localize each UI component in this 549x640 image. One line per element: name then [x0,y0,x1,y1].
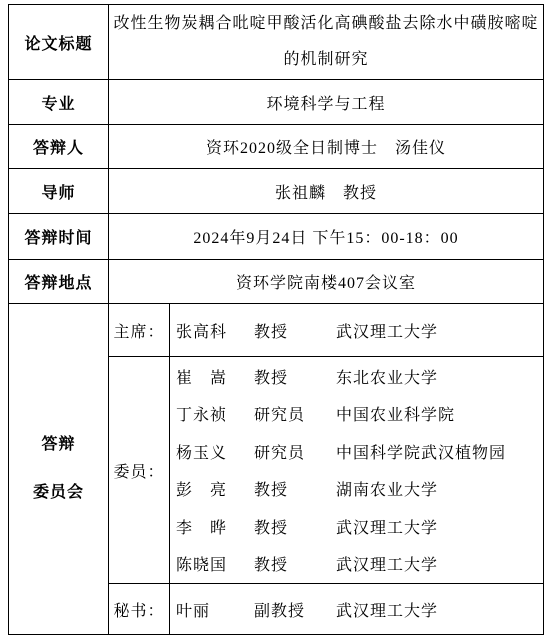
secretary-entry: 叶丽 副教授 武汉理工大学 [176,598,543,621]
defense-info-table: 论文标题 改性生物炭耦合吡啶甲酸活化高碘酸盐去除水中磺胺嘧啶 的机制研究 专业 … [8,4,544,635]
person-org: 武汉理工大学 [336,319,543,342]
person-org: 武汉理工大学 [336,552,543,575]
defender-value: 资环2020级全日制博士 汤佳仪 [109,125,544,169]
person-title: 研究员 [254,440,336,463]
table-row-committee-chair: 答辩 委员会 主席： 张高科 教授 武汉理工大学 [9,304,544,357]
person-org: 湖南农业大学 [336,477,543,500]
chair-cell: 张高科 教授 武汉理工大学 [170,304,544,357]
row-label-thesis-title: 论文标题 [9,5,109,80]
chair-role-label: 主席： [109,304,170,357]
member-entry: 杨玉义 研究员 中国科学院武汉植物园 [176,433,543,471]
person-name: 陈晓国 [176,552,254,575]
member-entry: 彭 亮 教授 湖南农业大学 [176,470,543,508]
person-name: 崔 嵩 [176,365,254,388]
thesis-title-line2: 的机制研究 [109,42,543,78]
member-entry: 李 晔 教授 武汉理工大学 [176,508,543,546]
row-label-defender: 答辩人 [9,125,109,169]
person-org: 武汉理工大学 [336,598,543,621]
document-page: 论文标题 改性生物炭耦合吡啶甲酸活化高碘酸盐去除水中磺胺嘧啶 的机制研究 专业 … [0,4,549,640]
table-row-major: 专业 环境科学与工程 [9,80,544,125]
person-name: 李 晔 [176,515,254,538]
member-entry: 丁永祯 研究员 中国农业科学院 [176,395,543,433]
person-org: 中国科学院武汉植物园 [336,440,543,463]
member-entry: 崔 嵩 教授 东北农业大学 [176,358,543,396]
person-name: 彭 亮 [176,477,254,500]
committee-label-line1: 答辩 [9,421,108,469]
thesis-title-value: 改性生物炭耦合吡啶甲酸活化高碘酸盐去除水中磺胺嘧啶 的机制研究 [109,5,544,80]
thesis-title-line1: 改性生物炭耦合吡啶甲酸活化高碘酸盐去除水中磺胺嘧啶 [109,6,543,42]
secretary-cell: 叶丽 副教授 武汉理工大学 [170,584,544,635]
row-label-advisor: 导师 [9,169,109,214]
table-row-defense-time: 答辩时间 2024年9月24日 下午15：00-18：00 [9,214,544,260]
person-title: 教授 [254,319,336,342]
members-cell: 崔 嵩 教授 东北农业大学 丁永祯 研究员 中国农业科学院 杨玉义 研究员 中国… [170,357,544,584]
person-title: 教授 [254,552,336,575]
table-row-defense-venue: 答辩地点 资环学院南楼407会议室 [9,260,544,304]
person-title: 教授 [254,477,336,500]
row-label-defense-time: 答辩时间 [9,214,109,260]
committee-label-line2: 委员会 [9,469,108,517]
person-name: 张高科 [176,319,254,342]
advisor-value: 张祖麟 教授 [109,169,544,214]
major-value: 环境科学与工程 [109,80,544,125]
person-title: 副教授 [254,598,336,621]
person-name: 杨玉义 [176,440,254,463]
table-row-advisor: 导师 张祖麟 教授 [9,169,544,214]
table-row-thesis-title: 论文标题 改性生物炭耦合吡啶甲酸活化高碘酸盐去除水中磺胺嘧啶 的机制研究 [9,5,544,80]
secretary-role-label: 秘书： [109,584,170,635]
row-label-major: 专业 [9,80,109,125]
defense-time-value: 2024年9月24日 下午15：00-18：00 [109,214,544,260]
person-name: 丁永祯 [176,402,254,425]
table-row-defender: 答辩人 资环2020级全日制博士 汤佳仪 [9,125,544,169]
member-entry: 陈晓国 教授 武汉理工大学 [176,545,543,583]
row-label-committee: 答辩 委员会 [9,304,109,635]
person-name: 叶丽 [176,598,254,621]
defense-venue-value: 资环学院南楼407会议室 [109,260,544,304]
members-role-label: 委员： [109,357,170,584]
row-label-defense-venue: 答辩地点 [9,260,109,304]
person-title: 研究员 [254,402,336,425]
person-org: 中国农业科学院 [336,402,543,425]
person-title: 教授 [254,365,336,388]
person-org: 东北农业大学 [336,365,543,388]
person-org: 武汉理工大学 [336,515,543,538]
person-title: 教授 [254,515,336,538]
chair-entry: 张高科 教授 武汉理工大学 [176,319,543,342]
